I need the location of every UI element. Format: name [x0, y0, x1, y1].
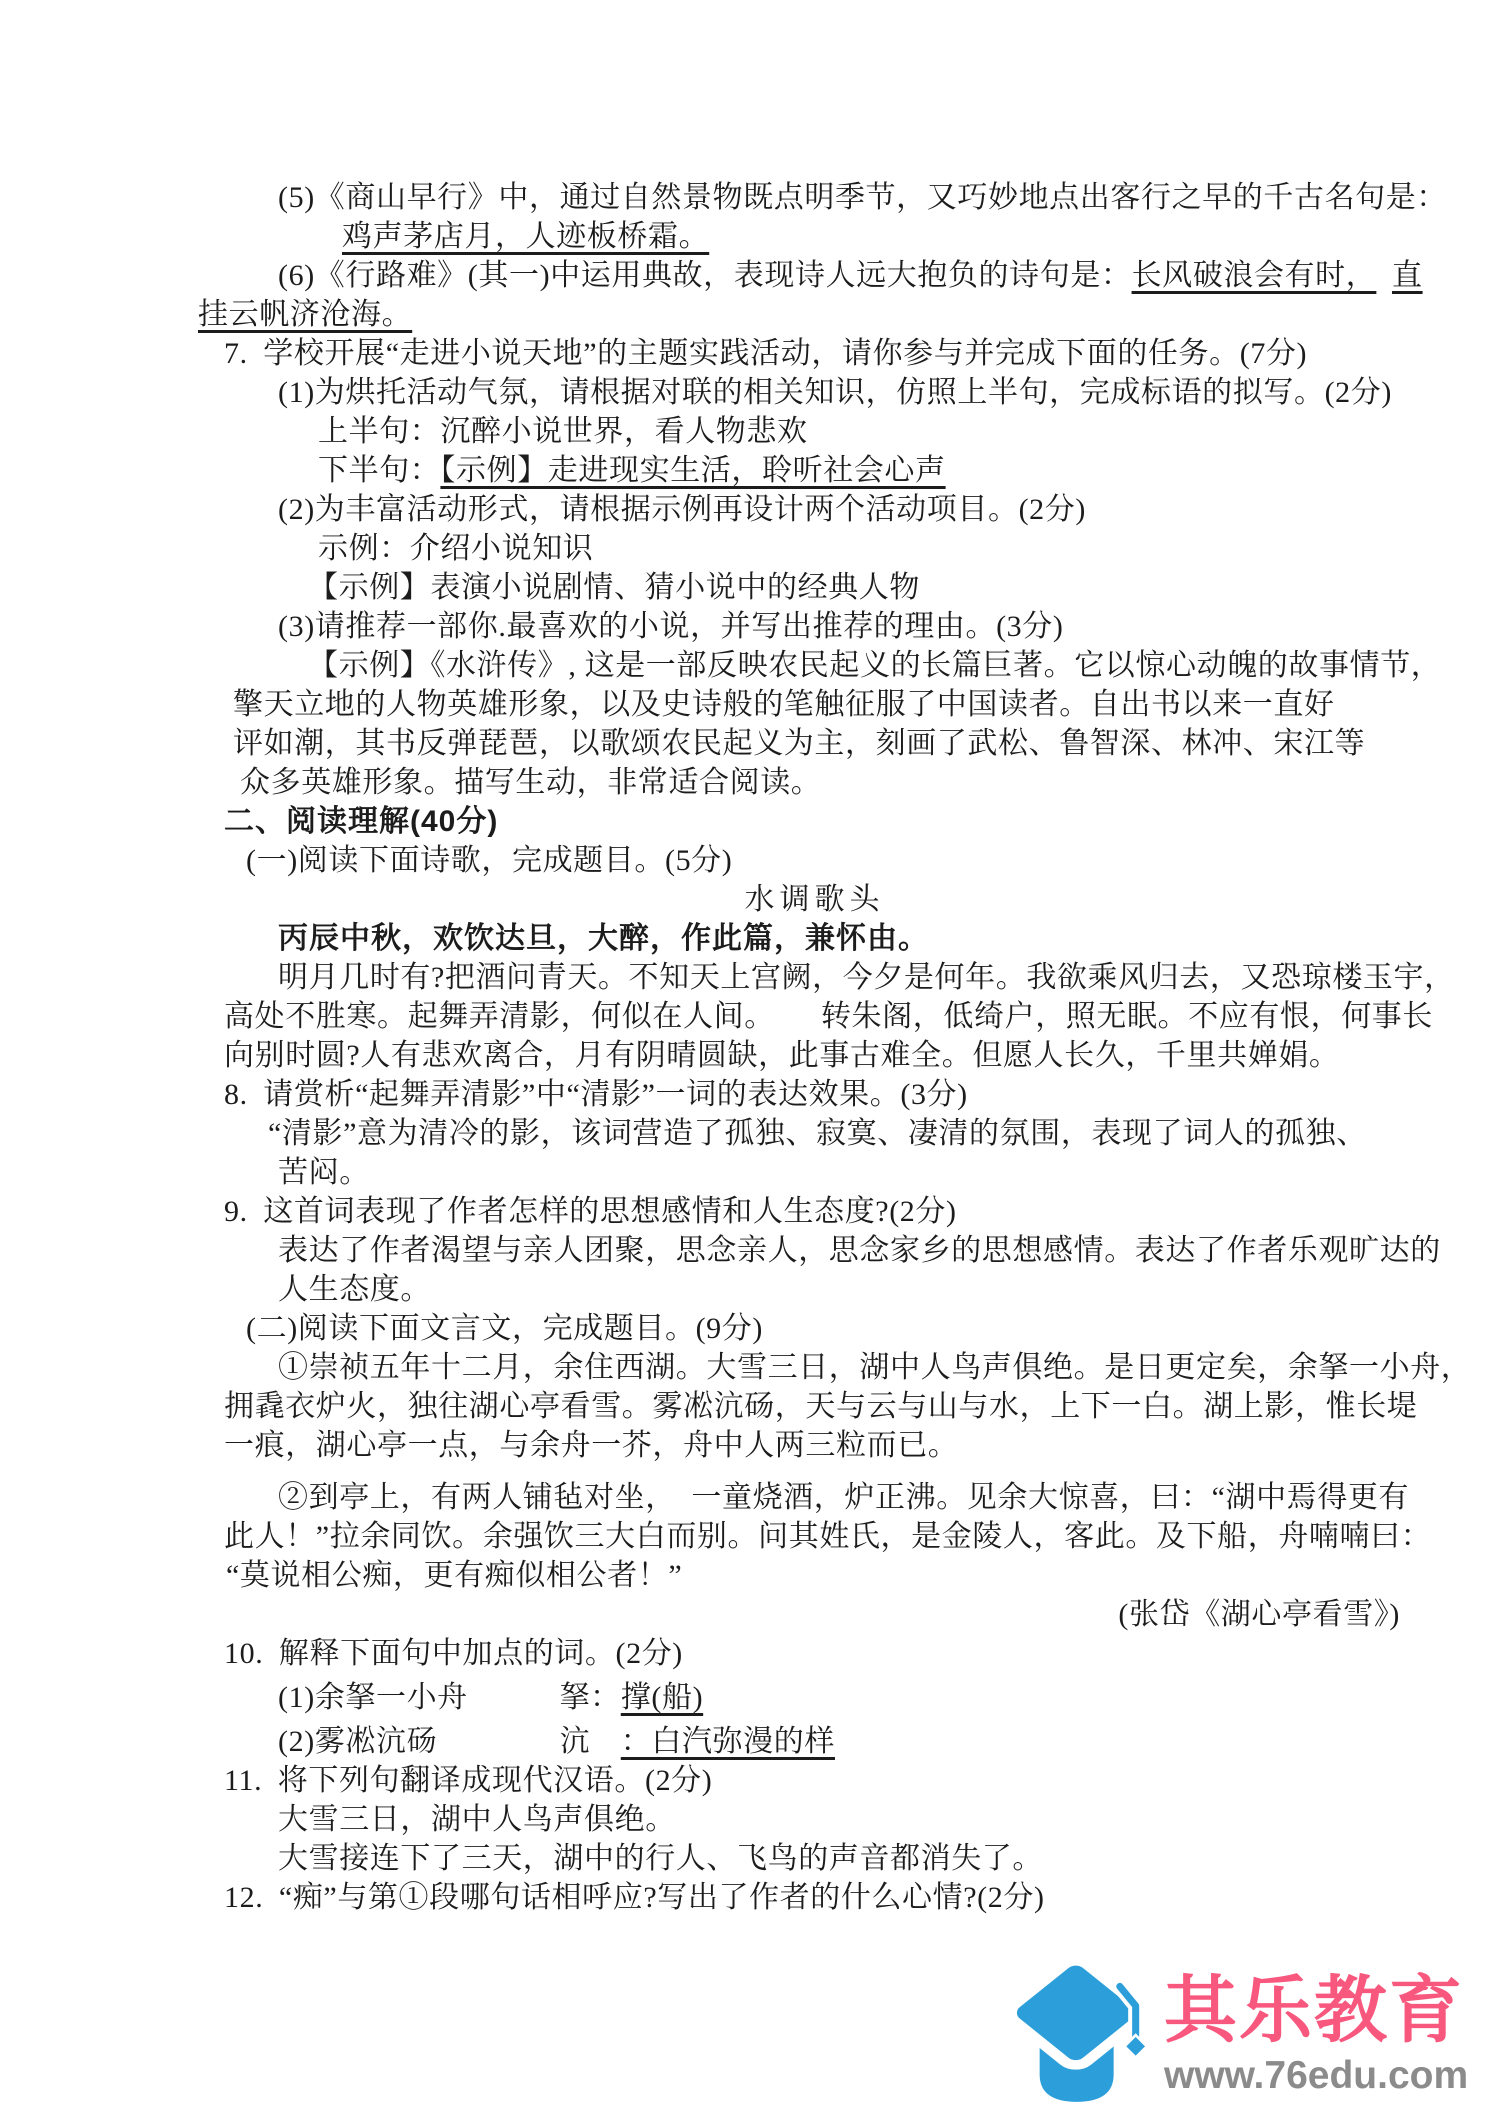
text-segment: 向别时圆?人有悲欢离合，月有阴晴圆缺，此事古难全。但愿人长久，千里共婵娟。 — [224, 1039, 1340, 1072]
text-line: 拥毳衣炉火，独往湖心亭看雪。雾凇沆砀，天与云与山与水，上下一白。湖上影，惟长堤 — [0, 1387, 1493, 1426]
text-segment: “莫说相公痴，更有痴似相公者！” — [226, 1559, 682, 1592]
text-line: (1)为烘托活动气氛，请根据对联的相关知识，仿照上半句，完成标语的拟写。(2分) — [0, 373, 1493, 412]
text-segment: 人生态度。 — [278, 1273, 431, 1306]
brand-url: www.76edu.com — [1164, 2056, 1468, 2095]
text-segment: (一)阅读下面诗歌，完成题目。(5分) — [246, 844, 732, 877]
text-segment: 水调歌头 — [745, 883, 885, 916]
text-segment — [1376, 259, 1392, 292]
exam-text-block: (5)《商山早行》中，通过自然景物既点明季节，又巧妙地点出客行之早的千古名句是：… — [0, 178, 1493, 1917]
text-segment: (3)请推荐一部你.最喜欢的小说，并写出推荐的理由。(3分) — [278, 610, 1063, 643]
text-segment: 9. 这首词表现了作者怎样的思想感情和人生态度?(2分) — [224, 1195, 957, 1228]
text-line: (一)阅读下面诗歌，完成题目。(5分) — [0, 841, 1493, 880]
text-line: 9. 这首词表现了作者怎样的思想感情和人生态度?(2分) — [0, 1192, 1493, 1231]
text-line: ②到亭上，有两人铺毡对坐， 一童烧酒，炉正沸。见余大惊喜，曰：“湖中焉得更有 — [0, 1478, 1493, 1517]
text-line: (3)请推荐一部你.最喜欢的小说，并写出推荐的理由。(3分) — [0, 607, 1493, 646]
text-segment: 评如潮，其书反弹琵琶，以歌颂农民起义为主，刻画了武松、鲁智深、林冲、宋江等 — [233, 727, 1365, 760]
text-segment: 下半句： — [318, 454, 440, 487]
underlined-answer-text: 长风破浪会有时， — [1132, 259, 1377, 292]
text-line: 12. “痴”与第①段哪句话相呼应?写出了作者的什么心情?(2分) — [0, 1878, 1493, 1917]
brand-text-group: 其乐教育 www.76edu.com — [1164, 1974, 1468, 2095]
text-segment: 【示例】《水浒传》, 这是一部反映农民起义的长篇巨著。它以惊心动魄的故事情节， — [308, 649, 1441, 682]
graduation-cap-icon — [998, 1960, 1150, 2108]
text-line: 苦闷。 — [0, 1153, 1493, 1192]
text-line: 挂云帆济沧海。 — [0, 295, 1493, 334]
text-segment: 一痕，湖心亭一点，与余舟一芥，舟中人两三粒而已。 — [224, 1429, 958, 1462]
text-line: 8. 请赏析“起舞弄清影”中“清影”一词的表达效果。(3分) — [0, 1075, 1493, 1114]
text-line: (2)为丰富活动形式，请根据示例再设计两个活动项目。(2分) — [0, 490, 1493, 529]
text-line: “莫说相公痴，更有痴似相公者！” — [0, 1556, 1493, 1595]
text-segment: ②到亭上，有两人铺毡对坐， 一童烧酒，炉正沸。见余大惊喜，曰：“湖中焉得更有 — [278, 1481, 1409, 1514]
text-segment: 众多英雄形象。描写生动，非常适合阅读。 — [240, 766, 821, 799]
text-segment: 高处不胜寒。起舞弄清影，何似在人间。 转朱阁，低绮户，照无眠。不应有恨，何事长 — [224, 1000, 1433, 1033]
underlined-answer-text: 【示例】走进现实生活，聆听社会心声 — [440, 454, 945, 487]
text-line: 上半句：沉醉小说世界，看人物悲欢 — [0, 412, 1493, 451]
text-segment: 丙辰中秋，欢饮达旦，大醉，作此篇，兼怀由。 — [278, 922, 929, 955]
text-segment: (二)阅读下面文言文，完成题目。(9分) — [246, 1312, 763, 1345]
underlined-answer-text: 挂云帆济沧海。 — [198, 298, 412, 331]
text-segment: 10. 解释下面句中加点的词。(2分) — [224, 1637, 683, 1670]
text-segment: “清影”意为清冷的影，该词营造了孤独、寂寞、凄清的氛围，表现了词人的孤独、 — [268, 1117, 1367, 1150]
underlined-answer-text: 撑(船) — [621, 1681, 703, 1714]
exam-page: (5)《商山早行》中，通过自然景物既点明季节，又巧妙地点出客行之早的千古名句是：… — [0, 0, 1493, 2112]
text-segment: 7. 学校开展“走进小说天地”的主题实践活动，请你参与并完成下面的任务。(7分) — [224, 337, 1307, 370]
text-line: 向别时圆?人有悲欢离合，月有阴晴圆缺，此事古难全。但愿人长久，千里共婵娟。 — [0, 1036, 1493, 1075]
text-line: 评如潮，其书反弹琵琶，以歌颂农民起义为主，刻画了武松、鲁智深、林冲、宋江等 — [0, 724, 1493, 763]
text-line: 【示例】《水浒传》, 这是一部反映农民起义的长篇巨著。它以惊心动魄的故事情节， — [0, 646, 1493, 685]
text-segment: 拥毳衣炉火，独往湖心亭看雪。雾凇沆砀，天与云与山与水，上下一白。湖上影，惟长堤 — [224, 1390, 1417, 1423]
text-segment: 二、阅读理解(40分) — [224, 805, 498, 838]
text-segment: (1)余拏一小舟 拏： — [278, 1681, 621, 1714]
text-line: 丙辰中秋，欢饮达旦，大醉，作此篇，兼怀由。 — [0, 919, 1493, 958]
text-segment: 11. 将下列句翻译成现代汉语。(2分) — [224, 1764, 712, 1797]
text-line: (二)阅读下面文言文，完成题目。(9分) — [0, 1309, 1493, 1348]
brand-name: 其乐教育 — [1164, 1974, 1468, 2047]
text-segment: 苦闷。 — [278, 1156, 370, 1189]
text-line: 大雪三日，湖中人鸟声俱绝。 — [0, 1800, 1493, 1839]
text-segment: (1)为烘托活动气氛，请根据对联的相关知识，仿照上半句，完成标语的拟写。(2分) — [278, 376, 1392, 409]
text-segment: 示例：介绍小说知识 — [318, 532, 593, 565]
text-segment: 12. “痴”与第①段哪句话相呼应?写出了作者的什么心情?(2分) — [224, 1881, 1045, 1914]
text-line: (1)余拏一小舟 拏：撑(船) — [0, 1678, 1493, 1717]
text-segment: 表达了作者渴望与亲人团聚，思念亲人，思念家乡的思想感情。表达了作者乐观旷达的 — [278, 1234, 1441, 1267]
text-segment: 大雪接连下了三天，湖中的行人、飞鸟的声音都消失了。 — [278, 1842, 1043, 1875]
text-segment: 上半句：沉醉小说世界，看人物悲欢 — [318, 415, 808, 448]
text-segment: 此人！”拉余同饮。余强饮三大白而别。问其姓氏，是金陵人，客此。及下船，舟喃喃曰： — [224, 1520, 1431, 1553]
text-line: 鸡声茅店月，人迹板桥霜。 — [0, 217, 1493, 256]
text-segment: ①崇祯五年十二月，余住西湖。大雪三日，湖中人鸟声俱绝。是日更定矣，余拏一小舟， — [278, 1351, 1471, 1384]
text-line: 此人！”拉余同饮。余强饮三大白而别。问其姓氏，是金陵人，客此。及下船，舟喃喃曰： — [0, 1517, 1493, 1556]
text-segment: 8. 请赏析“起舞弄清影”中“清影”一词的表达效果。(3分) — [224, 1078, 968, 1111]
text-line: 11. 将下列句翻译成现代汉语。(2分) — [0, 1761, 1493, 1800]
text-segment: (6)《行路难》(其一)中运用典故，表现诗人远大抱负的诗句是： — [278, 259, 1132, 292]
text-line: 二、阅读理解(40分) — [0, 802, 1493, 841]
text-line: 高处不胜寒。起舞弄清影，何似在人间。 转朱阁，低绮户，照无眠。不应有恨，何事长 — [0, 997, 1493, 1036]
text-line: ①崇祯五年十二月，余住西湖。大雪三日，湖中人鸟声俱绝。是日更定矣，余拏一小舟， — [0, 1348, 1493, 1387]
text-line: 10. 解释下面句中加点的词。(2分) — [0, 1634, 1493, 1673]
text-segment: (2)雾凇沆砀 沆 — [278, 1725, 621, 1758]
brand-logo: 其乐教育 www.76edu.com — [998, 1960, 1490, 2108]
text-line: 众多英雄形象。描写生动，非常适合阅读。 — [0, 763, 1493, 802]
text-line: 7. 学校开展“走进小说天地”的主题实践活动，请你参与并完成下面的任务。(7分) — [0, 334, 1493, 373]
text-segment: 大雪三日，湖中人鸟声俱绝。 — [278, 1803, 676, 1836]
underlined-answer-text: 鸡声茅店月，人迹板桥霜。 — [342, 220, 709, 253]
text-segment: (5)《商山早行》中，通过自然景物既点明季节，又巧妙地点出客行之早的千古名句是： — [278, 181, 1447, 214]
text-line: (张岱《湖心亭看雪》) — [0, 1595, 1400, 1634]
text-line: 表达了作者渴望与亲人团聚，思念亲人，思念家乡的思想感情。表达了作者乐观旷达的 — [0, 1231, 1493, 1270]
text-line: (2)雾凇沆砀 沆 ：白汽弥漫的样 — [0, 1722, 1493, 1761]
text-line: 人生态度。 — [0, 1270, 1493, 1309]
text-line: “清影”意为清冷的影，该词营造了孤独、寂寞、凄清的氛围，表现了词人的孤独、 — [0, 1114, 1493, 1153]
text-segment: (2)为丰富活动形式，请根据示例再设计两个活动项目。(2分) — [278, 493, 1086, 526]
text-line: 下半句：【示例】走进现实生活，聆听社会心声 — [0, 451, 1493, 490]
underlined-answer-text: 直 — [1392, 259, 1423, 292]
text-line: 水调歌头 — [0, 880, 1405, 919]
text-segment: 【示例】表演小说剧情、猜小说中的经典人物 — [308, 571, 920, 604]
text-line: 明月几时有?把酒问青天。不知天上宫阙，今夕是何年。我欲乘风归去，又恐琼楼玉宇， — [0, 958, 1493, 997]
text-segment: 擎天立地的人物英雄形象，以及史诗般的笔触征服了中国读者。自出书以来一直好 — [233, 688, 1335, 721]
text-line: 一痕，湖心亭一点，与余舟一芥，舟中人两三粒而已。 — [0, 1426, 1493, 1465]
text-line: 擎天立地的人物英雄形象，以及史诗般的笔触征服了中国读者。自出书以来一直好 — [0, 685, 1493, 724]
text-line: 大雪接连下了三天，湖中的行人、飞鸟的声音都消失了。 — [0, 1839, 1493, 1878]
text-segment: (张岱《湖心亭看雪》) — [1118, 1598, 1400, 1631]
text-line: 【示例】表演小说剧情、猜小说中的经典人物 — [0, 568, 1493, 607]
text-segment: 明月几时有?把酒问青天。不知天上宫阙，今夕是何年。我欲乘风归去，又恐琼楼玉宇， — [278, 961, 1455, 994]
text-line: (6)《行路难》(其一)中运用典故，表现诗人远大抱负的诗句是：长风破浪会有时， … — [0, 256, 1493, 295]
text-line: 示例：介绍小说知识 — [0, 529, 1493, 568]
text-line: (5)《商山早行》中，通过自然景物既点明季节，又巧妙地点出客行之早的千古名句是： — [0, 178, 1493, 217]
underlined-answer-text: ：白汽弥漫的样 — [621, 1725, 835, 1758]
